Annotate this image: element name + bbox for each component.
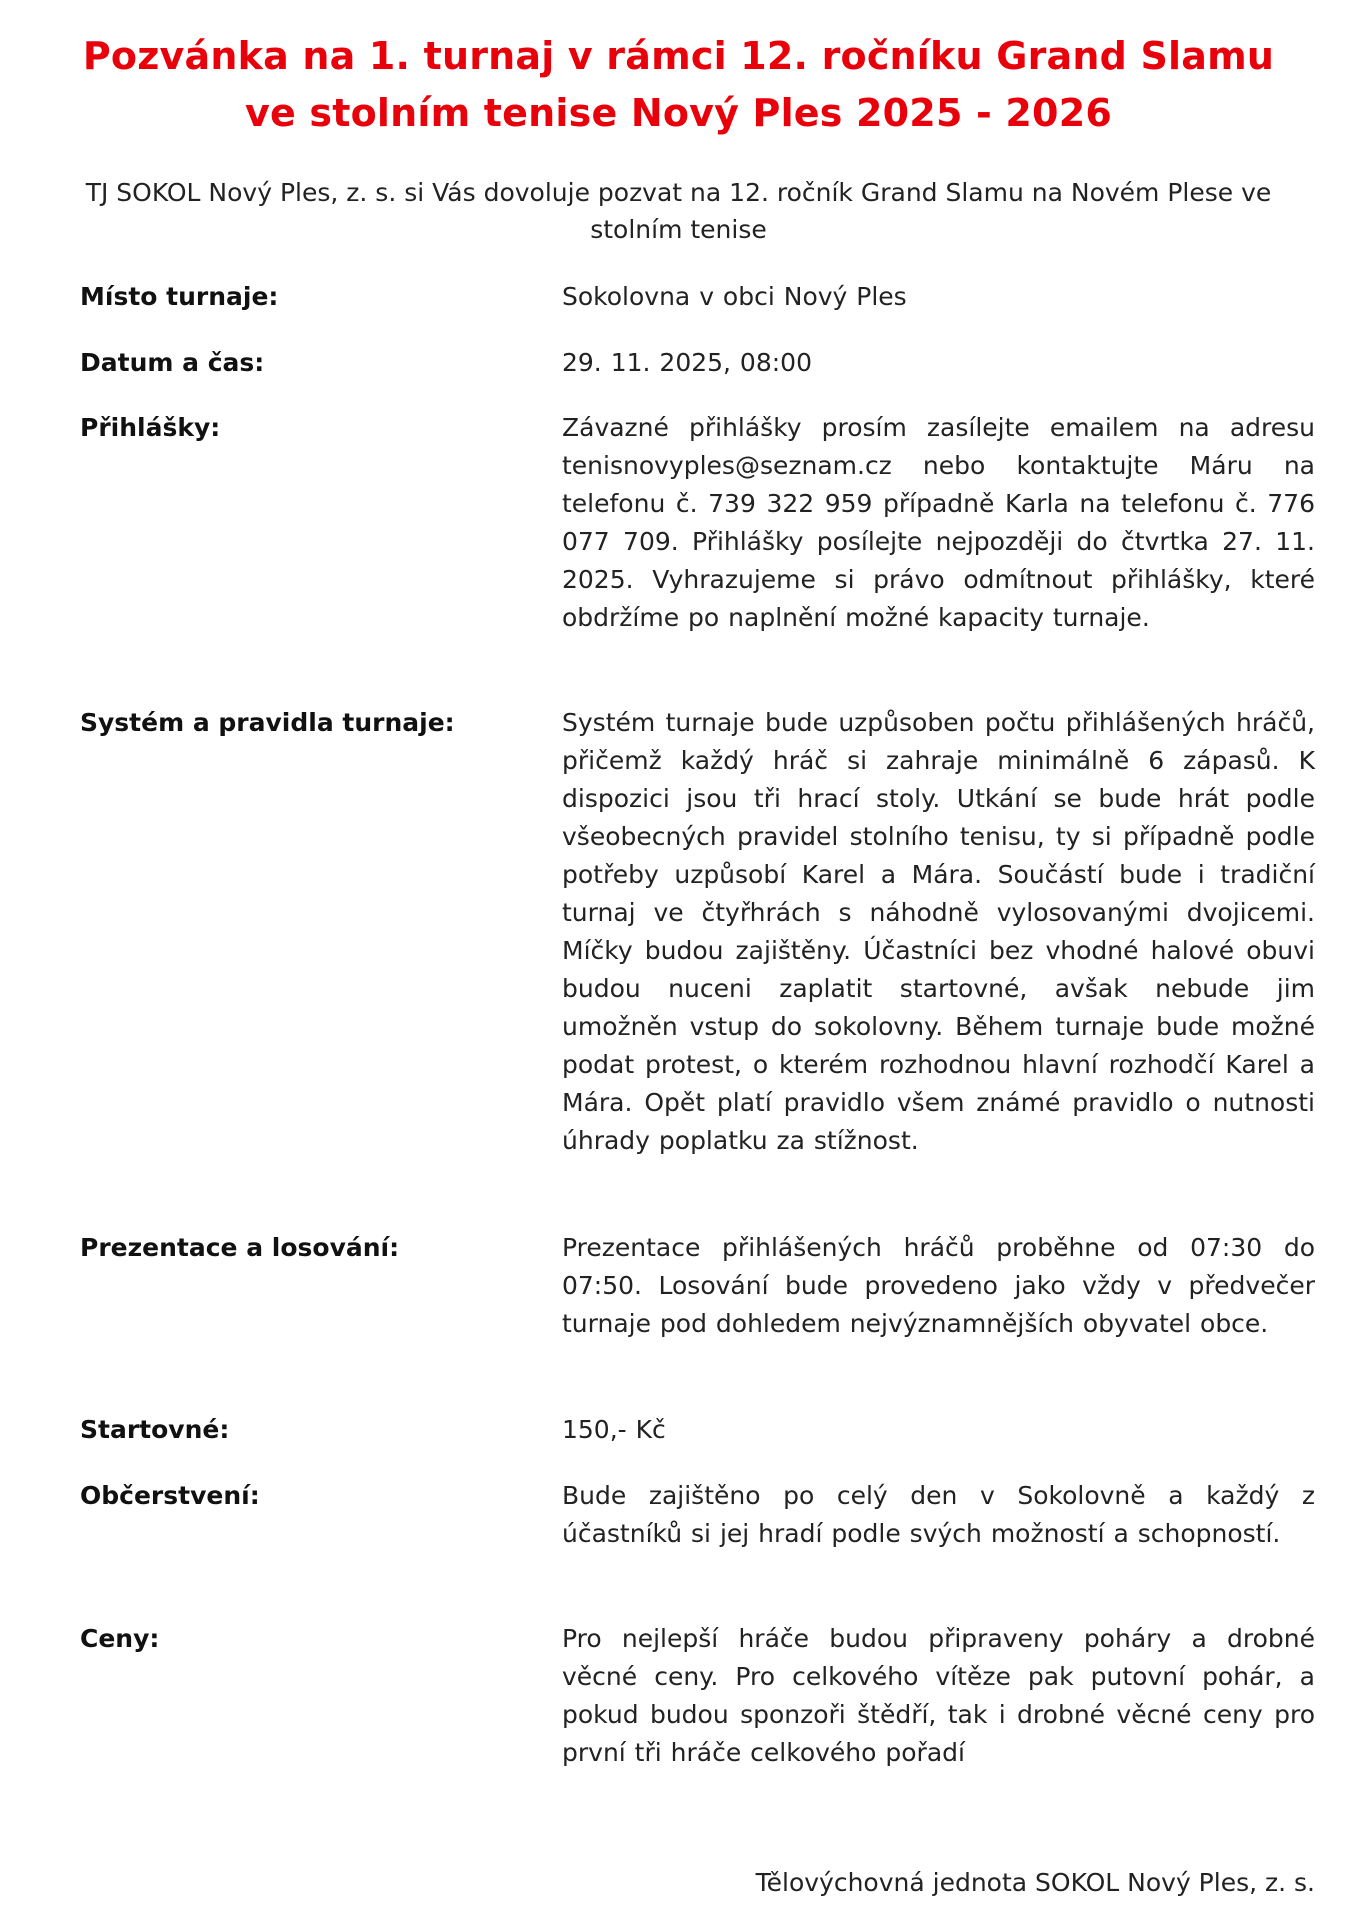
detail-value: 150,- Kč (562, 1411, 1315, 1449)
detail-label: Občerstvení: (80, 1477, 550, 1515)
detail-label: Prezentace a losování: (80, 1229, 550, 1267)
detail-label: Ceny: (80, 1620, 550, 1658)
detail-value: Závazné přihlášky prosím zasílejte email… (562, 409, 1315, 637)
detail-value: Systém turnaje bude uzpůsoben počtu přih… (562, 704, 1315, 1160)
detail-label: Datum a čas: (80, 344, 550, 382)
detail-label: Místo turnaje: (80, 278, 550, 316)
detail-value: Pro nejlepší hráče budou připraveny pohá… (562, 1620, 1315, 1772)
intro-text: TJ SOKOL Nový Ples, z. s. si Vás dovoluj… (70, 174, 1287, 248)
detail-label: Systém a pravidla turnaje: (80, 704, 550, 742)
detail-value: 29. 11. 2025, 08:00 (562, 344, 1315, 382)
footer-signature: Tělovýchovná jednota SOKOL Nový Ples, z.… (562, 1864, 1315, 1902)
detail-label: Přihlášky: (80, 409, 550, 447)
detail-label: Startovné: (80, 1411, 550, 1449)
detail-value: Bude zajištěno po celý den v Sokolovně a… (562, 1477, 1315, 1553)
detail-value: Sokolovna v obci Nový Ples (562, 278, 1315, 316)
detail-value: Prezentace přihlášených hráčů proběhne o… (562, 1229, 1315, 1343)
page-title: Pozvánka na 1. turnaj v rámci 12. ročník… (60, 28, 1297, 142)
